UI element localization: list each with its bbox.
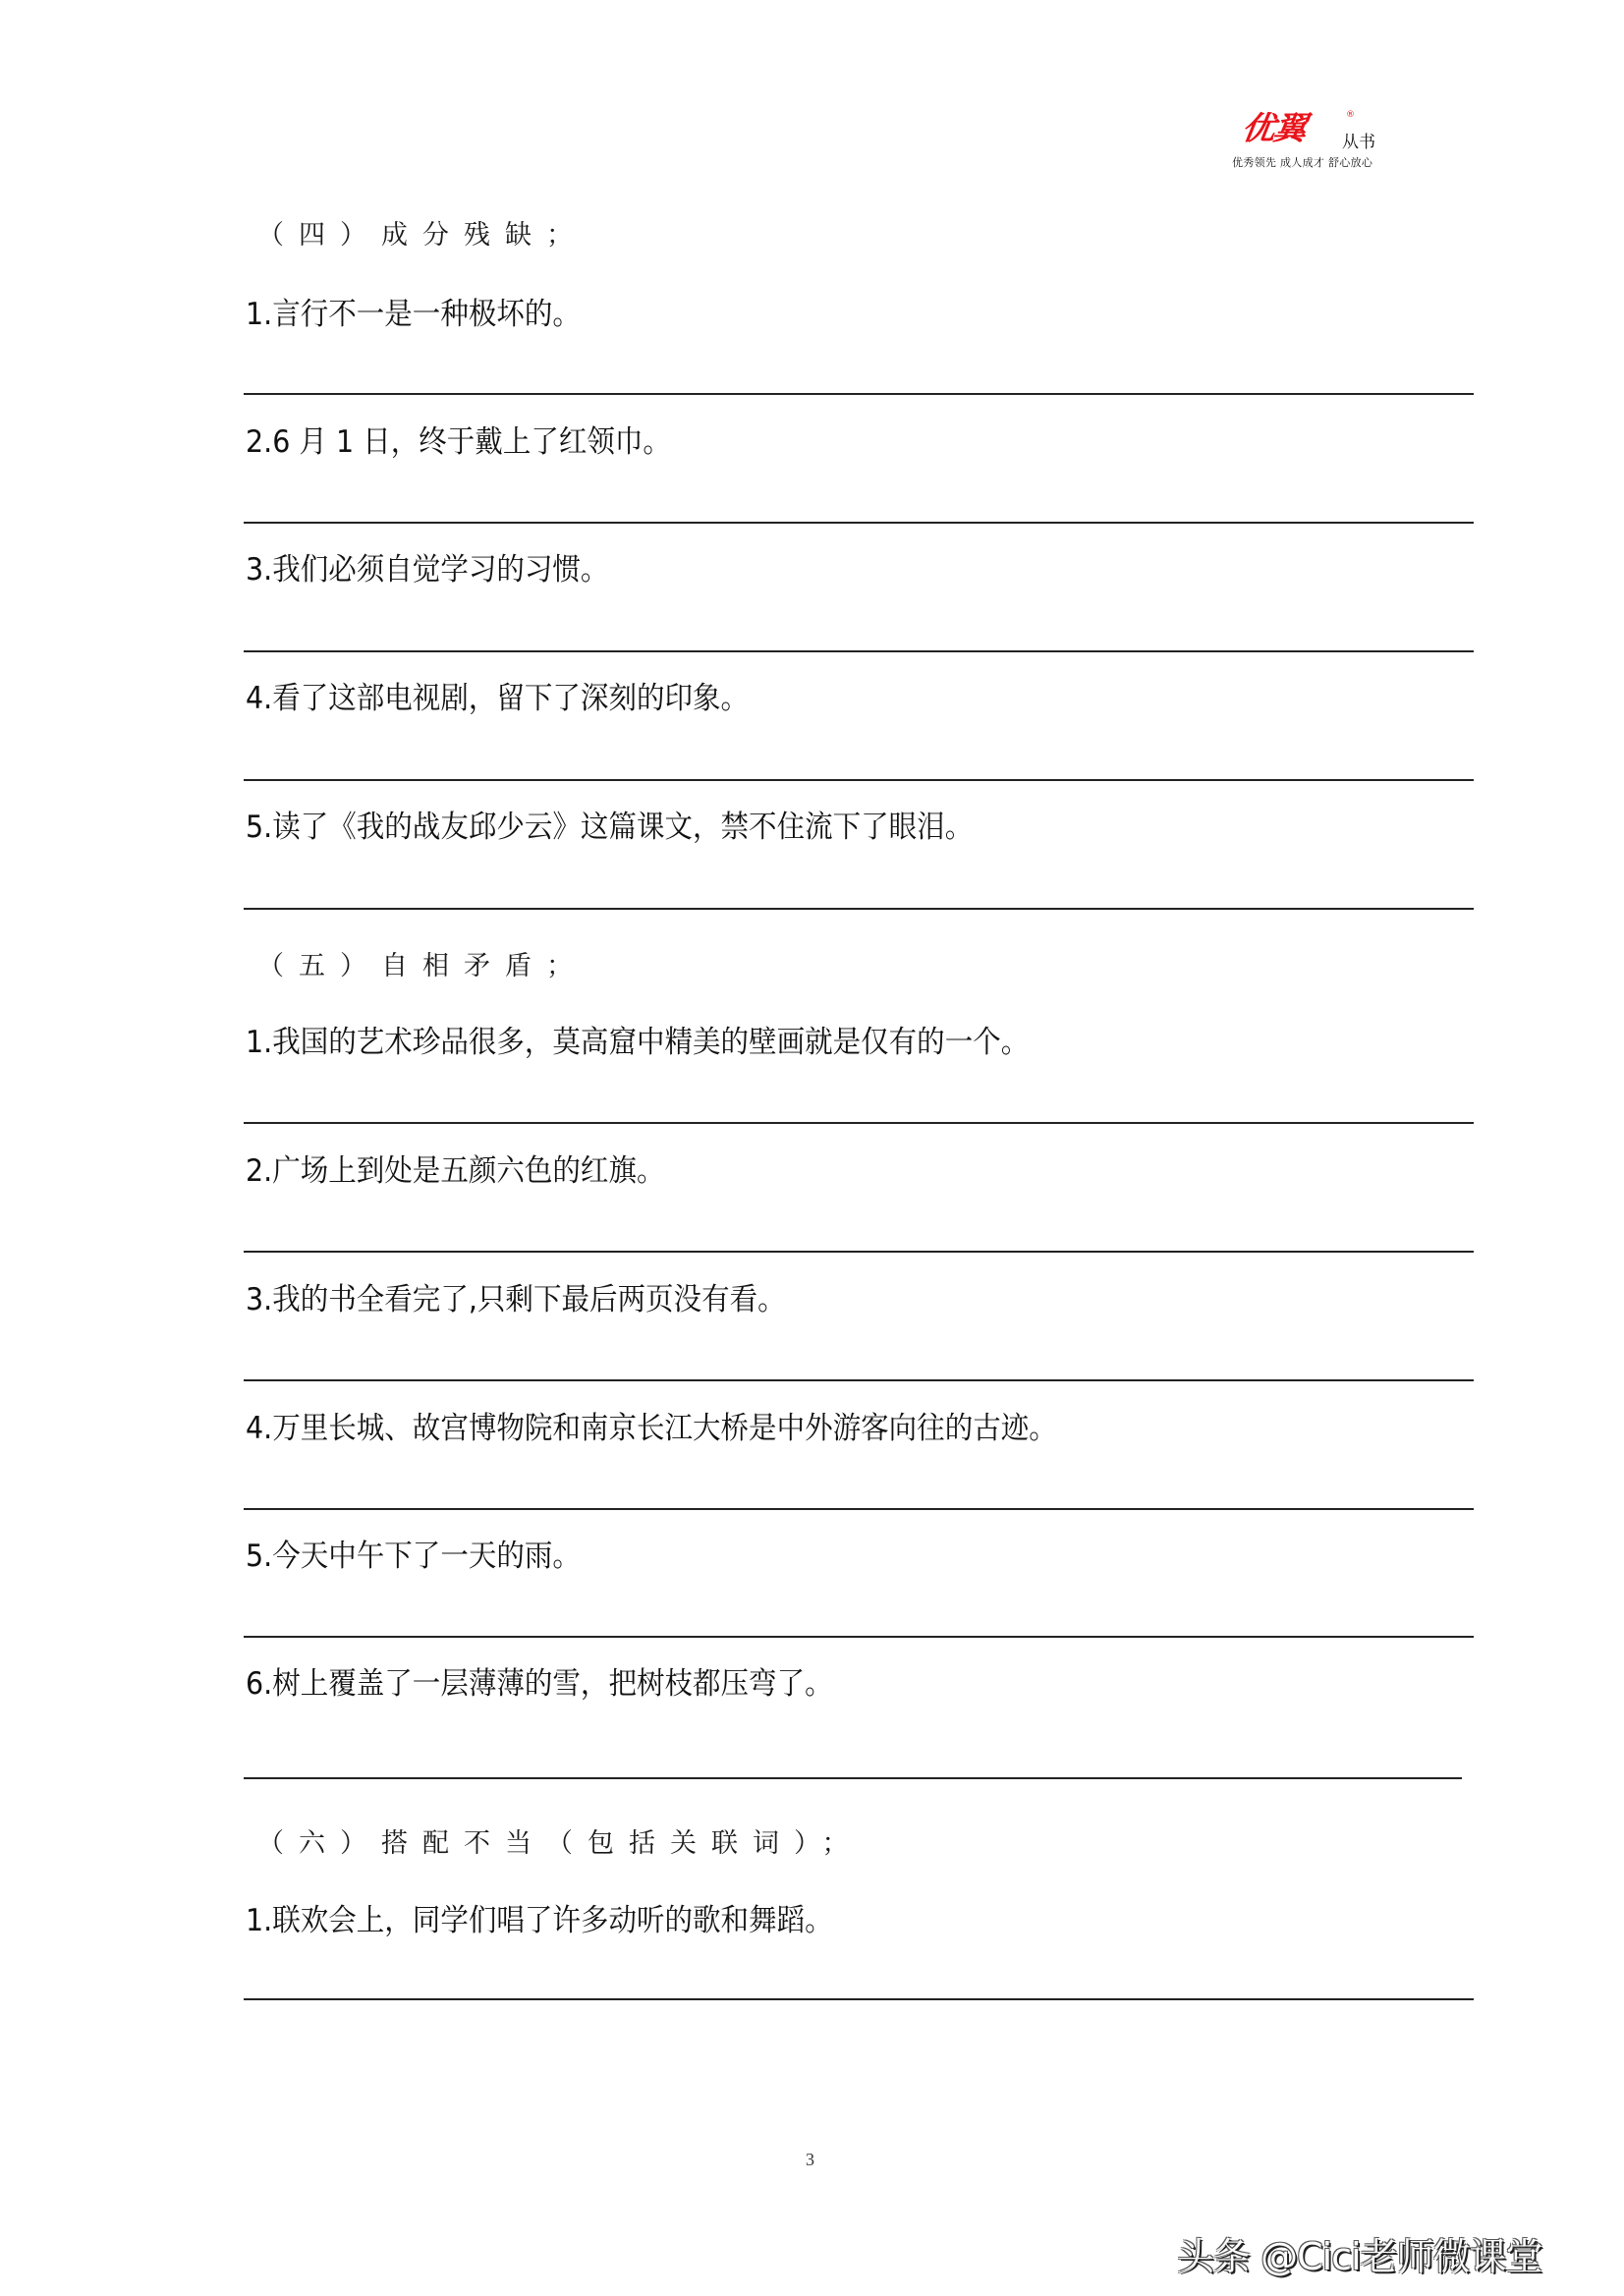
- section-heading-5: （五）自相矛盾；: [257, 952, 588, 981]
- page-number: 3: [806, 2150, 814, 2170]
- answer-line[interactable]: [244, 1122, 1474, 1124]
- answer-line[interactable]: [244, 393, 1474, 395]
- answer-line[interactable]: [244, 522, 1474, 524]
- answer-line[interactable]: [244, 1998, 1474, 2000]
- answer-line[interactable]: [244, 1508, 1474, 1510]
- answer-line[interactable]: [244, 1636, 1474, 1638]
- answer-line[interactable]: [244, 1379, 1474, 1381]
- exercise-item: 5.读了《我的战友邱少云》这篇课文，禁不住流下了眼泪。: [246, 811, 973, 844]
- exercise-item: 4.看了这部电视剧，留下了深刻的印象。: [246, 682, 749, 715]
- exercise-item: 1.我国的艺术珍品很多，莫高窟中精美的壁画就是仅有的一个。: [246, 1026, 1029, 1059]
- exercise-item: 3.我的书全看完了,只剩下最后两页没有看。: [246, 1283, 786, 1316]
- watermark: 头条 @Cici老师微课堂: [1177, 2226, 1542, 2280]
- section-heading-4: （四）成分残缺；: [257, 221, 588, 251]
- registered-mark: ®: [1346, 110, 1355, 120]
- section-heading-6: （六）搭配不当（包括关联词）；: [257, 1829, 864, 1859]
- exercise-item: 2.广场上到处是五颜六色的红旗。: [246, 1154, 664, 1188]
- exercise-item: 5.今天中午下了一天的雨。: [246, 1540, 581, 1573]
- exercise-item: 1.言行不一是一种极坏的。: [246, 298, 581, 331]
- exercise-item: 6.树上覆盖了一层薄薄的雪，把树枝都压弯了。: [246, 1667, 833, 1701]
- exercise-item: 4.万里长城、故宫博物院和南京长江大桥是中外游客向往的古迹。: [246, 1412, 1057, 1445]
- answer-line[interactable]: [244, 779, 1474, 781]
- logo-tagline: 优秀领先 成人成才 舒心放心: [1232, 154, 1372, 170]
- logo-series: 从书: [1342, 128, 1375, 152]
- answer-line[interactable]: [244, 908, 1474, 910]
- answer-line[interactable]: [244, 650, 1474, 652]
- answer-line[interactable]: [244, 1777, 1462, 1779]
- exercise-item: 1.联欢会上，同学们唱了许多动听的歌和舞蹈。: [246, 1904, 833, 1937]
- publisher-logo: 优翼 ® 从书 优秀领先 成人成才 舒心放心: [1230, 106, 1397, 175]
- exercise-item: 2.6 月 1 日，终于戴上了红领巾。: [246, 425, 671, 459]
- logo-brand: 优翼: [1240, 113, 1308, 144]
- answer-line[interactable]: [244, 1251, 1474, 1253]
- exercise-item: 3.我们必须自觉学习的习惯。: [246, 553, 608, 587]
